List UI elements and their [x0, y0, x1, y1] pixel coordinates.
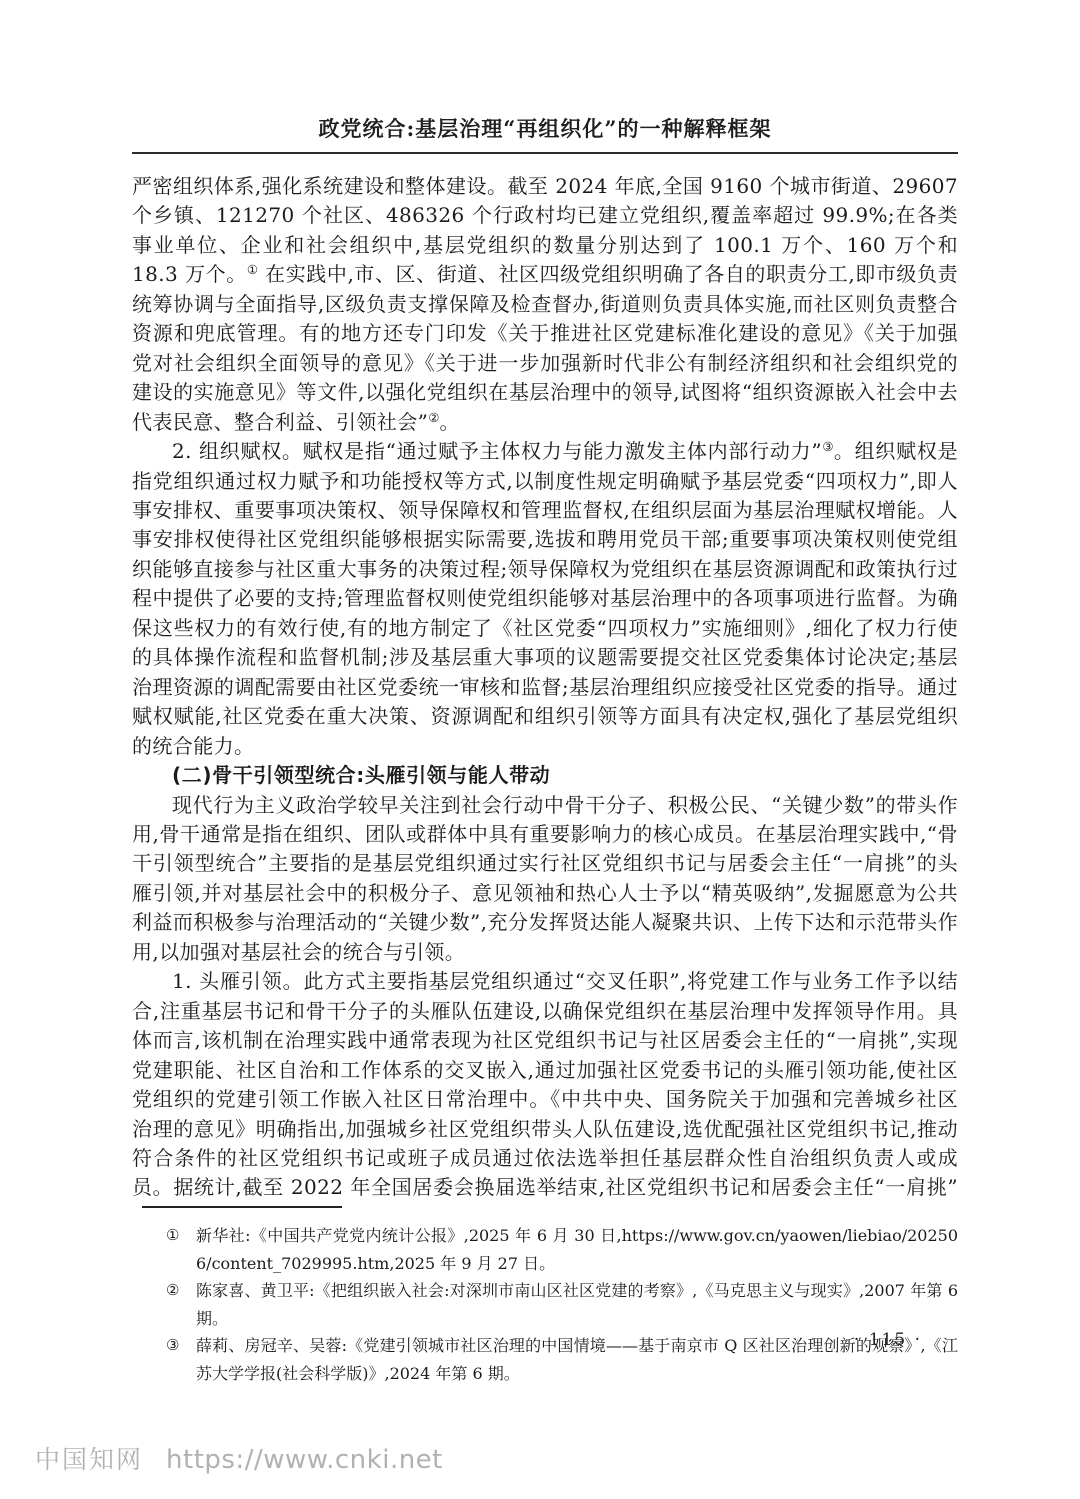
footnote-item: ②陈家喜、黄卫平:《把组织嵌入社会:对深圳市南山区社区党建的考察》,《马克思主义… [166, 1277, 958, 1332]
footnote-marker: ① [166, 1222, 196, 1277]
body-paragraph: 2. 组织赋权。赋权是指“通过赋予主体权力与能力激发主体内部行动力”③。组织赋权… [132, 437, 958, 761]
footnote-ref: ② [428, 410, 439, 425]
paragraph-text: 2. 组织赋权。赋权是指“通过赋予主体权力与能力激发主体内部行动力” [172, 439, 822, 463]
footnote-text: 薛莉、房冠辛、吴蓉:《党建引领城市社区治理的中国情境——基于南京市 Q 区社区治… [196, 1332, 958, 1387]
section-heading: (二)骨干引领型统合:头雁引领与能人带动 [132, 761, 958, 790]
footnote-text: 陈家喜、黄卫平:《把组织嵌入社会:对深圳市南山区社区党建的考察》,《马克思主义与… [196, 1277, 958, 1332]
page-number: · 115 · [854, 1330, 922, 1350]
footnote-marker: ② [166, 1277, 196, 1332]
footnotes-list: ①新华社:《中国共产党党内统计公报》,2025 年 6 月 30 日,https… [132, 1222, 958, 1387]
body-paragraph: 1. 头雁引领。此方式主要指基层党组织通过“交叉任职”,将党建工作与业务工作予以… [132, 967, 958, 1204]
footnote-text: 新华社:《中国共产党党内统计公报》,2025 年 6 月 30 日,https:… [196, 1222, 958, 1277]
running-head-title: 政党统合:基层治理“再组织化”的一种解释框架 [132, 113, 958, 143]
paragraph-text: 在实践中,市、区、街道、社区四级党组织明确了各自的职责分工,即市级负责统筹协调与… [132, 262, 958, 433]
paragraph-text: 1. 头雁引领。此方式主要指基层党组织通过“交叉任职”,将党建工作与业务工作予以… [132, 969, 958, 1204]
cnki-url-text: https://www.cnki.net [166, 1445, 443, 1475]
article-content: 政党统合:基层治理“再组织化”的一种解释框架 严密组织体系,强化系统建设和整体建… [132, 0, 958, 1204]
paragraph-text: (二)骨干引领型统合:头雁引领与能人带动 [172, 763, 550, 787]
watermark-footer: 中国知网 https://www.cnki.net [35, 1440, 443, 1476]
body-paragraph: 严密组织体系,强化系统建设和整体建设。截至 2024 年底,全国 9160 个城… [132, 172, 958, 437]
footnote-section: ①新华社:《中国共产党党内统计公报》,2025 年 6 月 30 日,https… [132, 1198, 958, 1387]
body-paragraph: 现代行为主义政治学较早关注到社会行动中骨干分子、积极公民、“关键少数”的带头作用… [132, 791, 958, 968]
footnote-marker: ③ [166, 1332, 196, 1387]
footnote-ref: ① [247, 262, 258, 277]
footnote-separator [142, 1206, 342, 1208]
cnki-brand-text: 中国知网 [35, 1440, 143, 1476]
article-body: 严密组织体系,强化系统建设和整体建设。截至 2024 年底,全国 9160 个城… [132, 172, 958, 1204]
document-page: 政党统合:基层治理“再组织化”的一种解释框架 严密组织体系,强化系统建设和整体建… [0, 0, 1080, 1499]
paragraph-text: 。组织赋权是指党组织通过权力赋予和功能授权等方式,以制度性规定明确赋予基层党委“… [132, 439, 958, 758]
paragraph-text: 。 [439, 410, 459, 434]
paragraph-text: 现代行为主义政治学较早关注到社会行动中骨干分子、积极公民、“关键少数”的带头作用… [132, 793, 958, 964]
header-divider [132, 152, 958, 154]
footnote-ref: ③ [822, 439, 834, 454]
footnote-item: ①新华社:《中国共产党党内统计公报》,2025 年 6 月 30 日,https… [166, 1222, 958, 1277]
footnote-item: ③薛莉、房冠辛、吴蓉:《党建引领城市社区治理的中国情境——基于南京市 Q 区社区… [166, 1332, 958, 1387]
